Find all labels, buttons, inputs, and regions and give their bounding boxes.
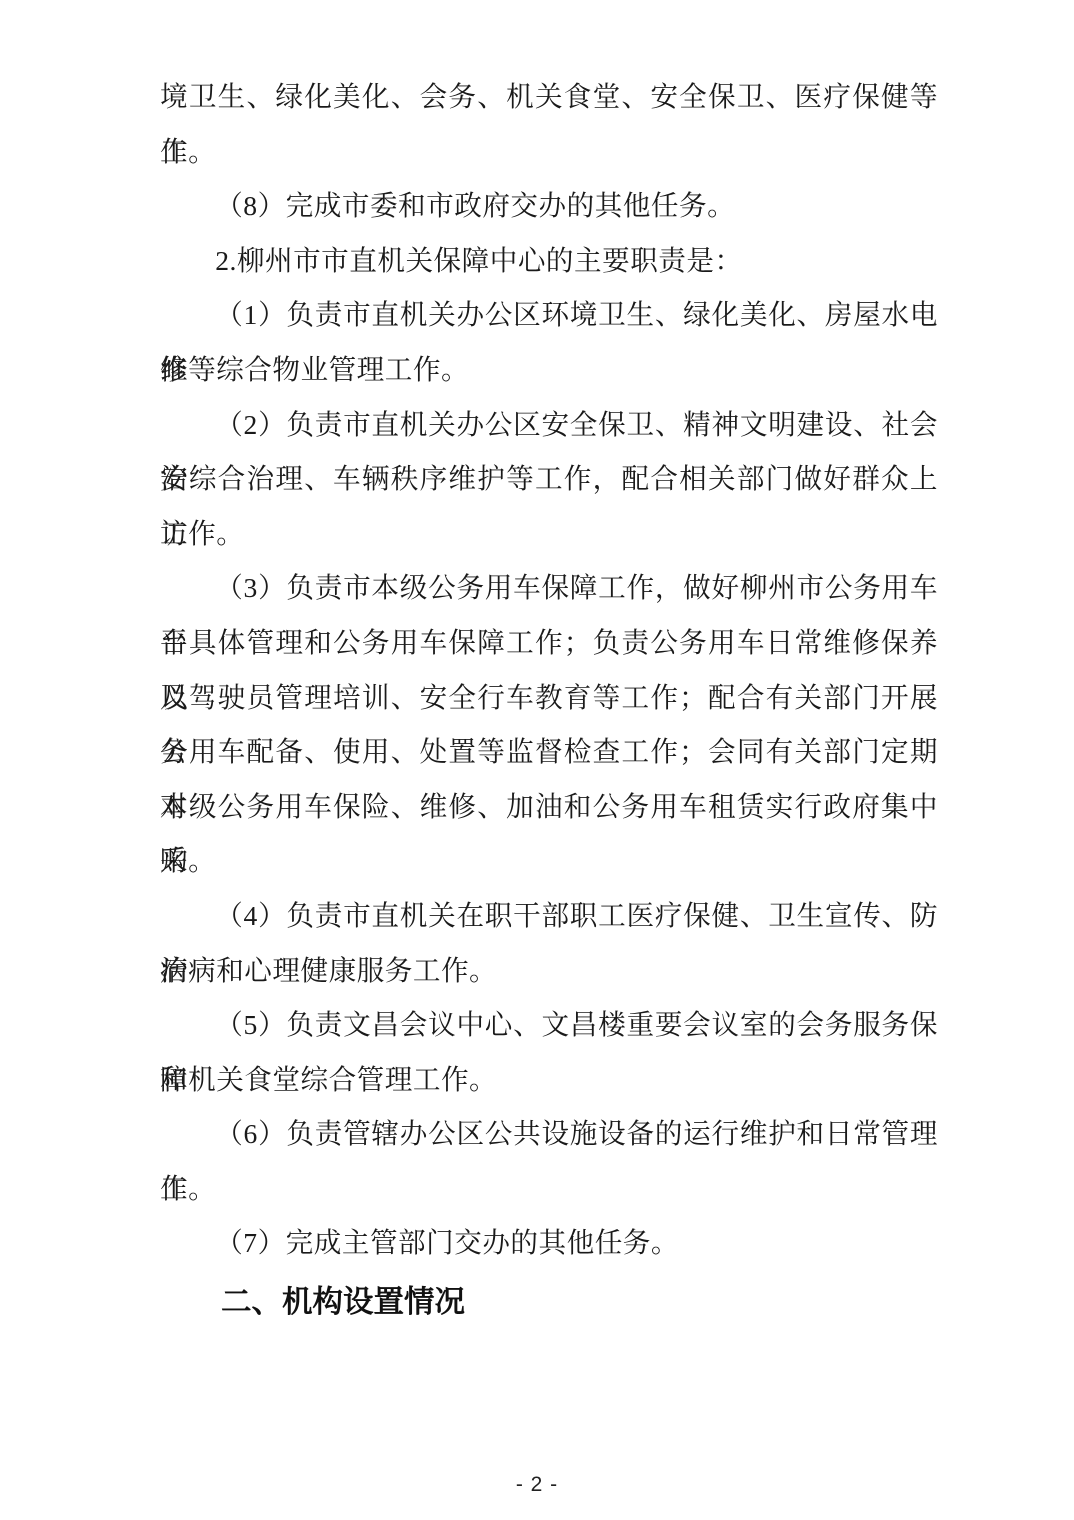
text-line: 作。: [160, 1162, 938, 1217]
text-line: 2.柳州市市直机关保障中心的主要职责是：: [160, 234, 938, 289]
text-line: （8）完成市委和市政府交办的其他任务。: [160, 179, 938, 234]
text-line: 台具体管理和公务用车保障工作；负责公务用车日常维修保养以: [160, 616, 938, 671]
text-line: 作。: [160, 125, 938, 180]
section-heading: 二、机构设置情况: [160, 1275, 938, 1330]
text-line: （2）负责市直机关办公区安全保卫、精神文明建设、社会治: [160, 398, 938, 453]
text-line: 务用车配备、使用、处置等监督检查工作；会同有关部门定期对: [160, 725, 938, 780]
text-line: 境卫生、绿化美化、会务、机关食堂、安全保卫、医疗保健等工: [160, 70, 938, 125]
text-line: 和机关食堂综合管理工作。: [160, 1053, 938, 1108]
text-line: 治病和心理健康服务工作。: [160, 944, 938, 999]
document-page: 境卫生、绿化美化、会务、机关食堂、安全保卫、医疗保健等工作。（8）完成市委和市政…: [0, 0, 1074, 1520]
document-body: 境卫生、绿化美化、会务、机关食堂、安全保卫、医疗保健等工作。（8）完成市委和市政…: [160, 70, 938, 1330]
text-line: 安综合治理、车辆秩序维护等工作，配合相关部门做好群众上访: [160, 452, 938, 507]
text-line: （4）负责市直机关在职干部职工医疗保健、卫生宣传、防病: [160, 889, 938, 944]
text-line: 修等综合物业管理工作。: [160, 343, 938, 398]
text-line: 本级公务用车保险、维修、加油和公务用车租赁实行政府集中采: [160, 780, 938, 835]
text-line: （1）负责市直机关办公区环境卫生、绿化美化、房屋水电维: [160, 288, 938, 343]
text-line: 购。: [160, 834, 938, 889]
text-line: （7）完成主管部门交办的其他任务。: [160, 1216, 938, 1271]
text-line: 工作。: [160, 507, 938, 562]
text-line: （5）负责文昌会议中心、文昌楼重要会议室的会务服务保障: [160, 998, 938, 1053]
text-line: （6）负责管辖办公区公共设施设备的运行维护和日常管理工: [160, 1107, 938, 1162]
text-line: （3）负责市本级公务用车保障工作，做好柳州市公务用车平: [160, 561, 938, 616]
page-number: - 2 -: [0, 1473, 1074, 1497]
text-line: 及驾驶员管理培训、安全行车教育等工作；配合有关部门开展公: [160, 671, 938, 726]
